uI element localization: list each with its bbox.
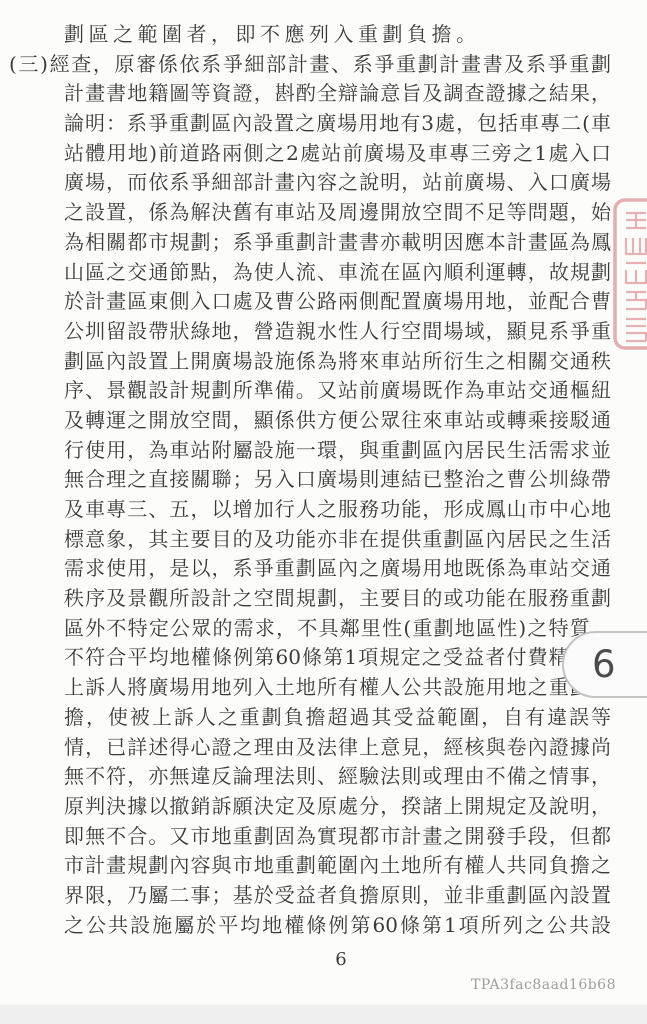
- text-line: 站體用地)前道路兩側之2處站前廣場及車專三旁之1處入口: [9, 139, 611, 169]
- page-indicator-number: 6: [592, 643, 616, 686]
- viewer-background-strip: [0, 1005, 647, 1024]
- text-line: 於計畫區東側入口處及曹公路兩側配置廣場用地，並配合曹: [9, 287, 611, 317]
- text-line: 公圳留設帶狀綠地，營造親水性人行空間場域，顯見系爭重: [9, 317, 611, 347]
- text-line: 原判決據以撤銷訴願決定及原處分，揆諸上開規定及說明，: [9, 792, 611, 822]
- text-line: 計畫書地籍圖等資證，斟酌全辯論意旨及調查證據之結果，: [9, 79, 611, 109]
- text-line: 區外不特定公眾的需求，不具鄰里性(重劃地區性)之特質，: [9, 614, 611, 644]
- document-page: 劃區之範圍者，即不應列入重劃負擔。(三)經查，原審係依系爭細部計畫、系爭重劃計畫…: [0, 0, 647, 1005]
- text-line: 及車專三、五，以增加行人之服務功能，形成鳳山市中心地: [9, 495, 611, 525]
- text-line: 行使用，為車站附屬設施一環，與重劃區內居民生活需求並: [9, 436, 611, 466]
- judgment-text-body: 劃區之範圍者，即不應列入重劃負擔。(三)經查，原審係依系爭細部計畫、系爭重劃計畫…: [9, 20, 611, 940]
- page-indicator-tab[interactable]: 6: [562, 631, 647, 698]
- text-line: 劃區內設置上開廣場設施係為將來車站所衍生之相關交通秩: [9, 347, 611, 377]
- text-line: 廣場，而依系爭細部計畫內容之說明，站前廣場、入口廣場: [9, 168, 611, 198]
- text-line: 及轉運之開放空間，顯係供方便公眾往來車站或轉乘接駁通: [9, 406, 611, 436]
- text-line: 上訴人將廣場用地列入土地所有權人公共設施用地之重劃負: [9, 673, 611, 703]
- text-line: 無不符，亦無違反論理法則、經驗法則或理由不備之情事，: [9, 762, 611, 792]
- text-line: 為相關都市規劃；系爭重劃計畫書亦載明因應本計畫區為鳳: [9, 228, 611, 258]
- text-line: 無合理之直接關聯；另入口廣場則連結已整治之曹公圳綠帶: [9, 465, 611, 495]
- text-line: 秩序及景觀所設計之空間規劃，主要目的或功能在服務重劃: [9, 584, 611, 614]
- text-line: 即無不合。又市地重劃固為實現都市計畫之開發手段，但都: [9, 822, 611, 852]
- text-line: 之公共設施屬於平均地權條例第60條第1項所列之公共設: [9, 911, 611, 941]
- text-line: 情，已詳述得心證之理由及法律上意見，經核與卷內證據尚: [9, 733, 611, 763]
- page-number: 6: [0, 949, 647, 970]
- text-line: 標意象，其主要目的及功能亦非在提供重劃區內居民之生活: [9, 525, 611, 555]
- red-seal-stamp-icon: [612, 197, 647, 351]
- text-line: 界限，乃屬二事；基於受益者負擔原則，並非重劃區內設置: [9, 881, 611, 911]
- text-line: 劃區之範圍者，即不應列入重劃負擔。: [9, 20, 611, 50]
- text-line: 論明：系爭重劃區內設置之廣場用地有3處，包括車專二(車: [9, 109, 611, 139]
- text-line: 市計畫規劃內容與市地重劃範圍內土地所有權人共同負擔之: [9, 851, 611, 881]
- text-line: (三)經查，原審係依系爭細部計畫、系爭重劃計畫書及系爭重劃: [9, 50, 611, 80]
- text-line: 山區之交通節點，為使人流、車流在區內順利運轉，故規劃: [9, 258, 611, 288]
- text-line: 需求使用，是以，系爭重劃區內之廣場用地既係為車站交通: [9, 554, 611, 584]
- document-id: TPA3fac8aad16b68: [471, 977, 616, 993]
- text-line: 之設置，係為解決舊有車站及周邊開放空間不足等問題，始: [9, 198, 611, 228]
- text-line: 序、景觀設計規劃所準備。又站前廣場既作為車站交通樞紐: [9, 376, 611, 406]
- text-line: 不符合平均地權條例第60條第1項規定之受益者付費精神，: [9, 643, 611, 673]
- text-line: 擔，使被上訴人之重劃負擔超過其受益範圍，自有違誤等: [9, 703, 611, 733]
